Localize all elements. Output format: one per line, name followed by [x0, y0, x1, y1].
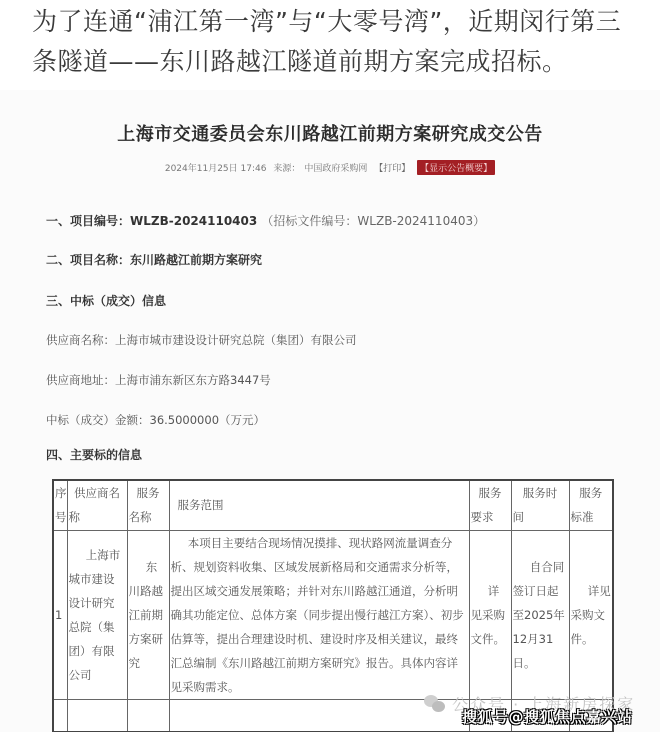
supplier-name: 供应商名称：上海市城市建设设计研究总院（集团）有限公司: [46, 332, 357, 348]
wechat-icon: [424, 695, 446, 713]
notice-screenshot: 上海市交通委员会东川路越江前期方案研究成交公告 2024年11月25日 17:4…: [0, 90, 660, 732]
publish-datetime: 2024年11月25日 17:46: [165, 164, 267, 174]
table-row: 1 上海市城市建设设计研究总院（集团）有限公司 东川路越江前期方案研究 本项目主…: [53, 530, 613, 699]
header-scope: 服务范围: [169, 480, 469, 530]
section-main-items: 四、主要标的信息: [46, 446, 142, 463]
section-project-name: 二、项目名称：东川路越江前期方案研究: [46, 251, 262, 268]
header-standard: 服务标准: [569, 480, 613, 530]
notice-title: 上海市交通委员会东川路越江前期方案研究成交公告: [0, 120, 660, 146]
award-amount: 中标（成交）金额：36.5000000（万元）: [46, 412, 265, 428]
header-time: 服务时间: [511, 480, 569, 530]
cell-standard: 详见采购文件。: [569, 530, 613, 699]
tender-doc-code: （招标文件编号：WLZB-2024110403）: [261, 214, 485, 228]
cell-supplier: 上海市城市建设设计研究总院（集团）有限公司: [67, 530, 127, 699]
source-label: 来源：: [273, 164, 300, 174]
print-link[interactable]: 【打印】: [374, 164, 410, 174]
header-service-name: 服务名称: [127, 480, 169, 530]
section-project-code-label: 一、项目编号：: [46, 214, 130, 228]
table-header-row: 序号 供应商名称 服务名称 服务范围 服务要求 服务时间 服务标准: [53, 480, 613, 530]
project-code: WLZB-2024110403: [130, 214, 257, 228]
cell-scope: 本项目主要结合现场情况摸排、现状路网流量调查分析、规划资料收集、区域发展新格局和…: [169, 530, 469, 699]
header-requirement: 服务要求: [469, 480, 511, 530]
sohu-watermark: 搜狐号@搜狐焦点嘉兴站: [462, 706, 633, 727]
show-summary-button[interactable]: 【显示公告概要】: [417, 160, 495, 175]
cell-time: 自合同签订日起至2025年12月31日。: [511, 530, 569, 699]
header-supplier: 供应商名称: [67, 480, 127, 530]
notice-meta: 2024年11月25日 17:46 来源：中国政府采购网 【打印】 【显示公告概…: [0, 160, 660, 175]
project-name: 东川路越江前期方案研究: [130, 253, 262, 267]
intro-paragraph: 为了连通“浦江第一湾”与“大零号湾”，近期闵行第三条隧道——东川路越江隧道前期方…: [32, 2, 642, 82]
supplier-address: 供应商地址：上海市浦东新区东方路3447号: [46, 372, 271, 388]
source-value: 中国政府采购网: [304, 164, 367, 174]
cell-service-name: 东川路越江前期方案研究: [127, 530, 169, 699]
section-project-code: 一、项目编号：WLZB-2024110403 （招标文件编号：WLZB-2024…: [46, 212, 485, 229]
section-award-info: 三、中标（成交）信息: [46, 292, 166, 309]
section-project-name-label: 二、项目名称：: [46, 253, 130, 267]
cell-no: 1: [53, 530, 67, 699]
header-no: 序号: [53, 480, 67, 530]
cell-requirement: 详见采购文件。: [469, 530, 511, 699]
